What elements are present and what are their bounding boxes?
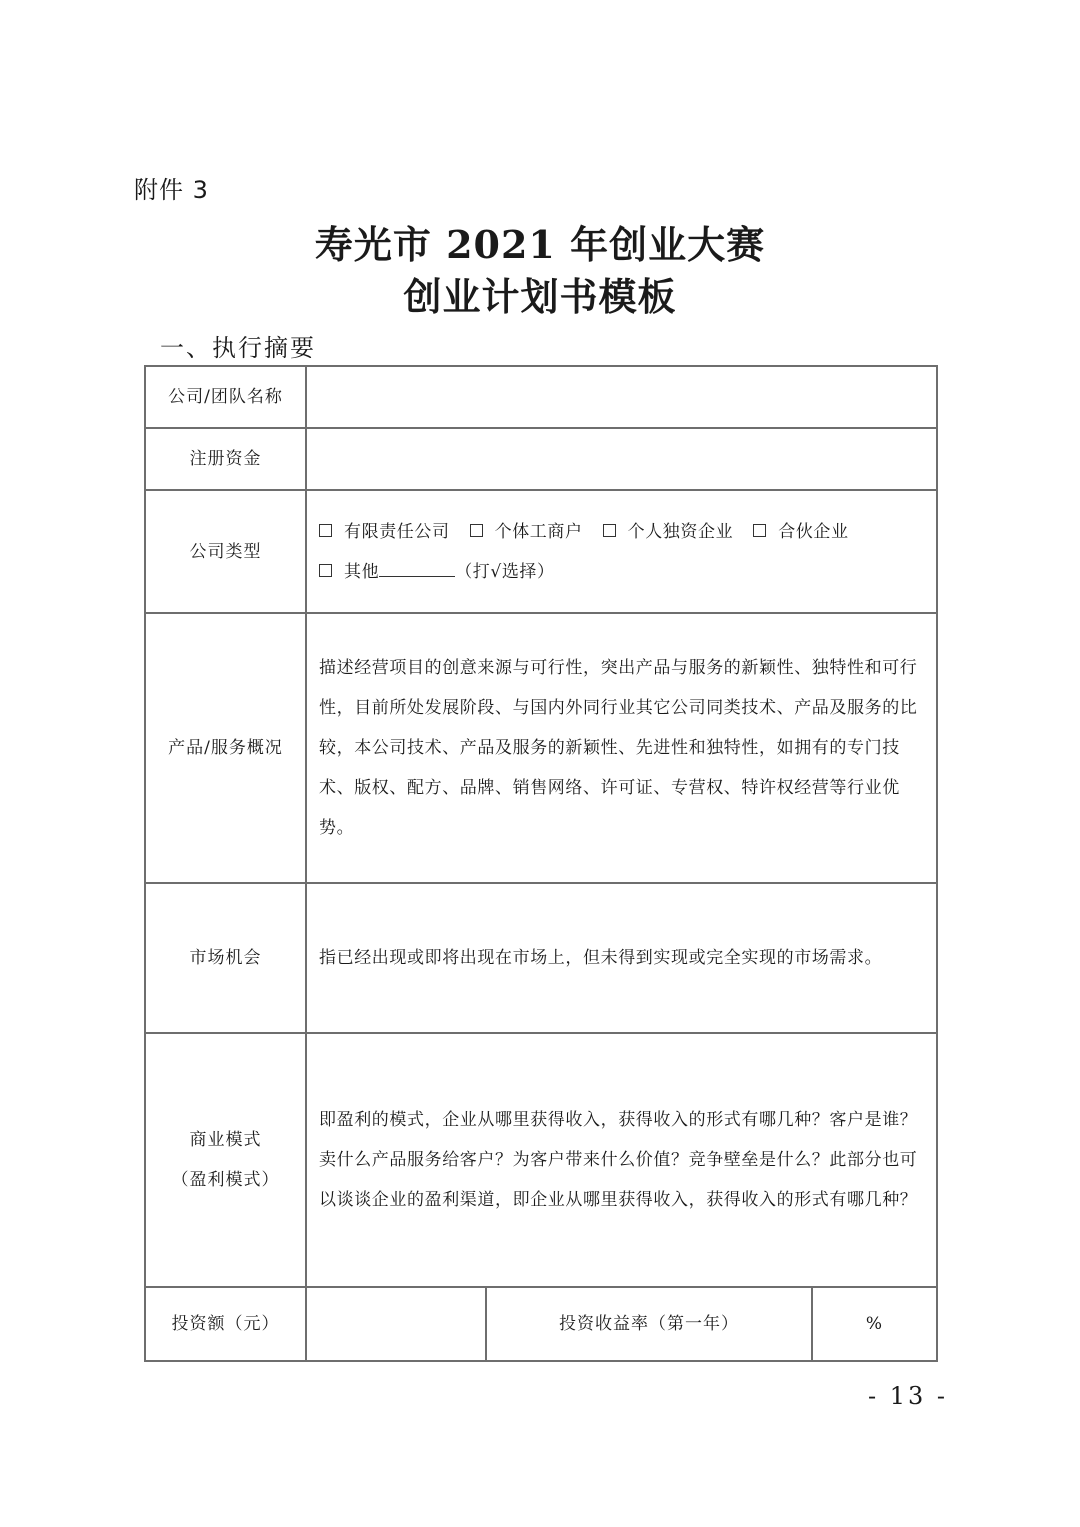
market-opportunity-label: 市场机会 <box>145 883 306 1033</box>
section-heading: 一、执行摘要 <box>160 328 316 363</box>
table-row-investment: 投资额（元） 投资收益率（第一年） % <box>145 1287 937 1361</box>
company-type-label: 公司类型 <box>145 490 306 613</box>
table-row-company-name: 公司/团队名称 <box>145 366 937 428</box>
registered-capital-field[interactable] <box>306 428 937 490</box>
business-model-label: 商业模式 （盈利模式） <box>145 1033 306 1287</box>
select-instruction: （打√选择） <box>455 562 554 582</box>
other-blank-field[interactable] <box>379 558 455 577</box>
checkbox-icon[interactable] <box>753 524 766 537</box>
investment-amount-field[interactable] <box>306 1287 486 1361</box>
registered-capital-label: 注册资金 <box>145 428 306 490</box>
page-number: - 13 - <box>868 1382 948 1410</box>
table-row-product-service: 产品/服务概况 描述经营项目的创意来源与可行性，突出产品与服务的新颖性、独特性和… <box>145 613 937 883</box>
checkbox-icon[interactable] <box>603 524 616 537</box>
checkbox-icon[interactable] <box>470 524 483 537</box>
company-name-label: 公司/团队名称 <box>145 366 306 428</box>
checkbox-icon[interactable] <box>319 524 332 537</box>
product-service-description[interactable]: 描述经营项目的创意来源与可行性，突出产品与服务的新颖性、独特性和可行性，目前所处… <box>306 613 937 883</box>
market-opportunity-description[interactable]: 指已经出现或即将出现在市场上，但未得到实现或完全实现的市场需求。 <box>306 883 937 1033</box>
business-model-description[interactable]: 即盈利的模式，企业从哪里获得收入，获得收入的形式有哪几种？客户是谁？卖什么产品服… <box>306 1033 937 1287</box>
executive-summary-table: 公司/团队名称 注册资金 公司类型 有限责任公司个体工商户个人独资企业合伙企业 … <box>144 365 938 1362</box>
table-row-market-opportunity: 市场机会 指已经出现或即将出现在市场上，但未得到实现或完全实现的市场需求。 <box>145 883 937 1033</box>
table-row-company-type: 公司类型 有限责任公司个体工商户个人独资企业合伙企业 其他（打√选择） <box>145 490 937 613</box>
option-limited-liability[interactable]: 有限责任公司 <box>319 512 450 552</box>
document-subtitle: 创业计划书模板 <box>40 266 1040 321</box>
investment-amount-label: 投资额（元） <box>145 1287 306 1361</box>
roi-field[interactable]: % <box>812 1287 937 1361</box>
option-other[interactable]: 其他 <box>319 562 379 582</box>
table-row-business-model: 商业模式 （盈利模式） 即盈利的模式，企业从哪里获得收入，获得收入的形式有哪几种… <box>145 1033 937 1287</box>
company-type-options: 有限责任公司个体工商户个人独资企业合伙企业 其他（打√选择） <box>306 490 937 613</box>
option-individual-business[interactable]: 个体工商户 <box>470 512 583 552</box>
checkbox-icon[interactable] <box>319 564 332 577</box>
option-partnership[interactable]: 合伙企业 <box>753 512 848 552</box>
table-row-registered-capital: 注册资金 <box>145 428 937 490</box>
roi-label: 投资收益率（第一年） <box>486 1287 812 1361</box>
option-sole-proprietorship[interactable]: 个人独资企业 <box>603 512 734 552</box>
attachment-label: 附件 3 <box>134 170 209 205</box>
company-name-field[interactable] <box>306 366 937 428</box>
document-title: 寿光市 2021 年创业大赛 <box>40 214 1040 269</box>
product-service-label: 产品/服务概况 <box>145 613 306 883</box>
